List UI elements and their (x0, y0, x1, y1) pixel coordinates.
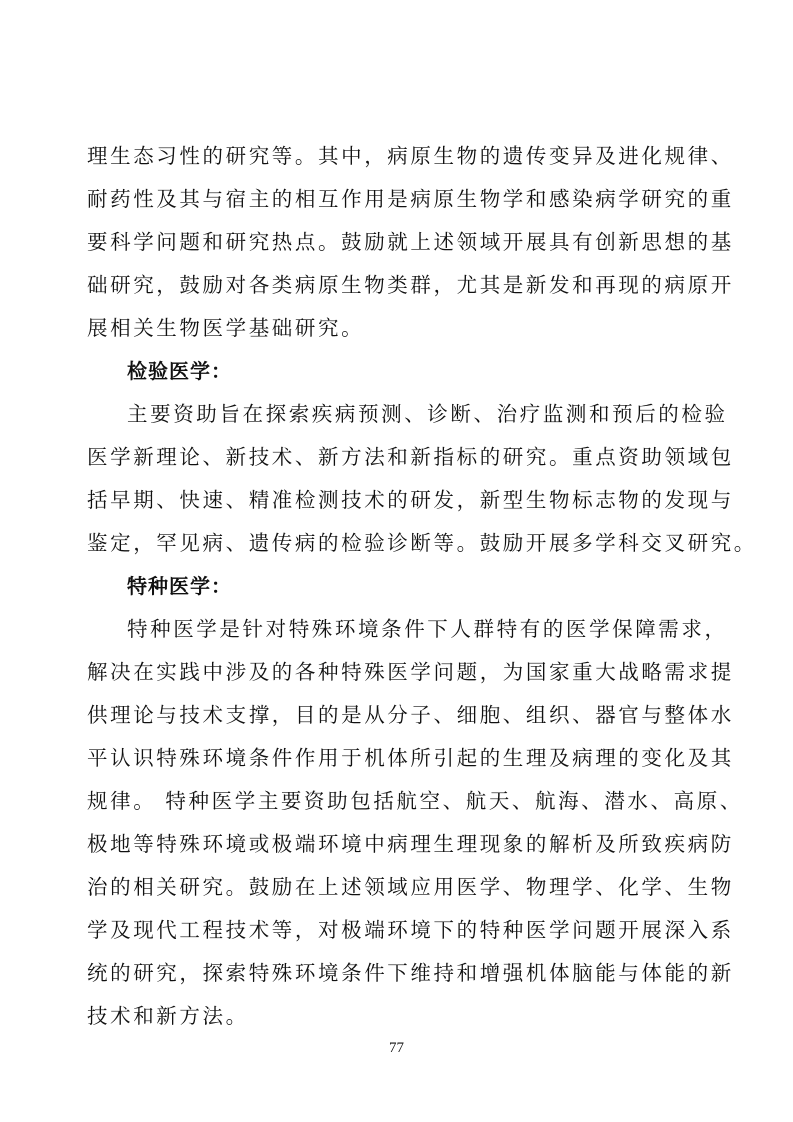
text-line: 学及现代工程技术等，对极端环境下的特种医学问题开展深入系 (87, 915, 707, 945)
text-line: 供理论与技术支撑，目的是从分子、细胞、组织、器官与整体水 (87, 700, 707, 730)
text-line: 特种医学是针对特殊环境条件下人群特有的医学保障需求， (127, 614, 707, 644)
text-line: 括早期、快速、精准检测技术的研发，新型生物标志物的发现与 (87, 485, 707, 515)
text-line: 极地等特殊环境或极端环境中病理生理现象的解析及所致疾病防 (87, 829, 707, 859)
text-line: 要科学问题和研究热点。鼓励就上述领域开展具有创新思想的基 (87, 227, 707, 257)
text-line: 础研究，鼓励对各类病原生物类群，尤其是新发和再现的病原开 (87, 270, 707, 300)
text-line: 规律。 特种医学主要资助包括航空、航天、航海、潜水、高原、 (87, 786, 707, 816)
text-line: 医学新理论、新技术、新方法和新指标的研究。重点资助领域包 (87, 442, 707, 472)
page-number: 77 (0, 1040, 793, 1057)
text-line: 解决在实践中涉及的各种特殊医学问题，为国家重大战略需求提 (87, 657, 707, 687)
text-line: 耐药性及其与宿主的相互作用是病原生物学和感染病学研究的重 (87, 184, 707, 214)
text-line: 平认识特殊环境条件作用于机体所引起的生理及病理的变化及其 (87, 743, 707, 773)
text-line: 展相关生物医学基础研究。 (87, 313, 707, 343)
document-page: 理生态习性的研究等。其中，病原生物的遗传变异及进化规律、 耐药性及其与宿主的相互… (0, 0, 793, 1122)
text-line: 理生态习性的研究等。其中，病原生物的遗传变异及进化规律、 (87, 141, 707, 171)
text-line: 统的研究，探索特殊环境条件下维持和增强机体脑能与体能的新 (87, 958, 707, 988)
text-line: 鉴定，罕见病、遗传病的检验诊断等。鼓励开展多学科交叉研究。 (87, 528, 707, 558)
text-line: 治的相关研究。鼓励在上述领域应用医学、物理学、化学、生物 (87, 872, 707, 902)
section-heading-special-medicine: 特种医学： (127, 571, 707, 601)
text-line: 技术和新方法。 (87, 1001, 707, 1031)
text-line: 主要资助旨在探索疾病预测、诊断、治疗监测和预后的检验 (127, 399, 707, 429)
section-heading-laboratory-medicine: 检验医学： (127, 356, 707, 386)
